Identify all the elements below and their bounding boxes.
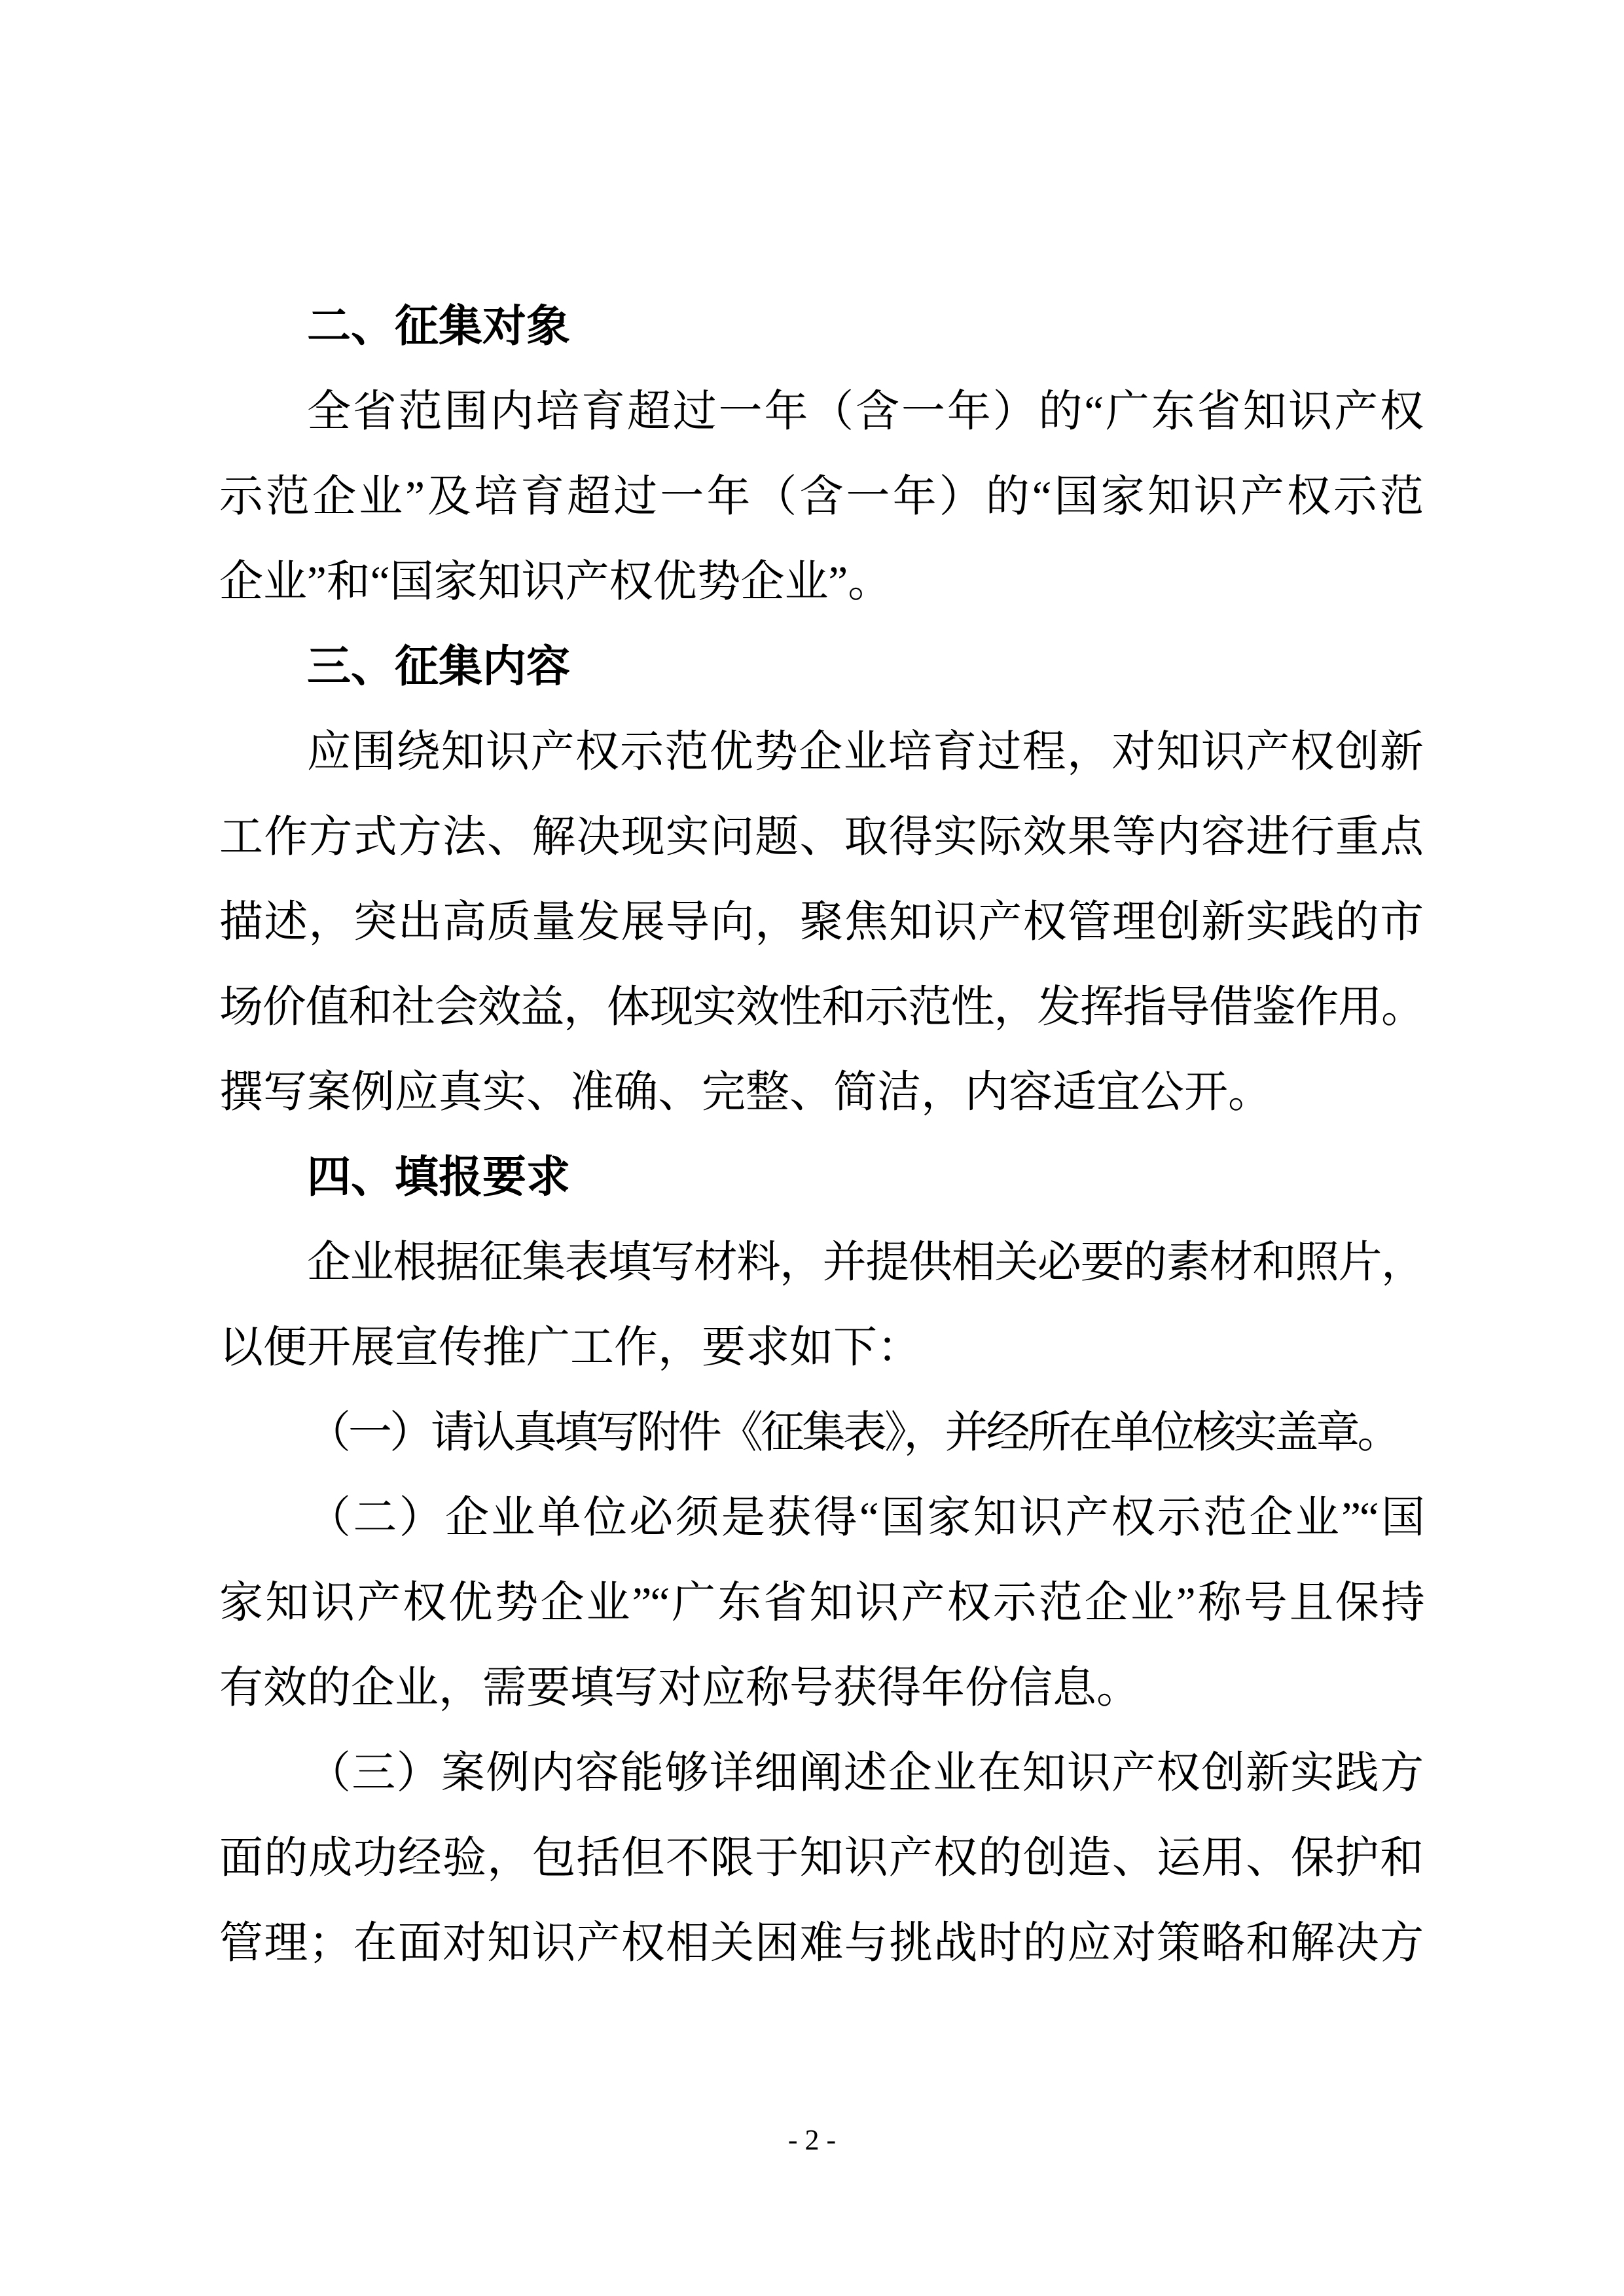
list-item-line: （二）企业单位必须是获得“国家知识产权示范企业”“国: [219, 1475, 1424, 1560]
section-heading-3: 三、征集内容: [219, 624, 1424, 709]
paragraph-line: 以便开展宣传推广工作，要求如下：: [219, 1305, 1424, 1390]
list-item-line: （一）请认真填写附件《征集表》，并经所在单位核实盖章。: [219, 1390, 1424, 1475]
paragraph-line: 示范企业”及培育超过一年（含一年）的“国家知识产权示范: [219, 454, 1424, 539]
paragraph-line: 企业根据征集表填写材料，并提供相关必要的素材和照片，: [219, 1220, 1424, 1305]
paragraph-line: 场价值和社会效益，体现实效性和示范性，发挥指导借鉴作用。: [219, 965, 1424, 1050]
section-heading-4: 四、填报要求: [219, 1135, 1424, 1220]
paragraph-line: 应围绕知识产权示范优势企业培育过程，对知识产权创新: [219, 709, 1424, 795]
paragraph-line: 撰写案例应真实、准确、完整、简洁，内容适宜公开。: [219, 1050, 1424, 1135]
paragraph-line: 工作方式方法、解决现实问题、取得实际效果等内容进行重点: [219, 795, 1424, 880]
paragraph-line: 企业”和“国家知识产权优势企业”。: [219, 539, 1424, 624]
list-item-line: 家知识产权优势企业”“广东省知识产权示范企业”称号且保持: [219, 1560, 1424, 1645]
page-number: - 2 -: [0, 2121, 1624, 2160]
document-body: 二、征集对象 全省范围内培育超过一年（含一年）的“广东省知识产权 示范企业”及培…: [219, 284, 1424, 1986]
document-page: 二、征集对象 全省范围内培育超过一年（含一年）的“广东省知识产权 示范企业”及培…: [0, 0, 1624, 2296]
list-item-line: （三）案例内容能够详细阐述企业在知识产权创新实践方: [219, 1731, 1424, 1816]
list-item-line: 有效的企业，需要填写对应称号获得年份信息。: [219, 1645, 1424, 1731]
list-item-line: 管理；在面对知识产权相关困难与挑战时的应对策略和解决方: [219, 1901, 1424, 1986]
section-heading-2: 二、征集对象: [219, 284, 1424, 369]
paragraph-line: 描述，突出高质量发展导向，聚焦知识产权管理创新实践的市: [219, 880, 1424, 965]
paragraph-line: 全省范围内培育超过一年（含一年）的“广东省知识产权: [219, 369, 1424, 454]
list-item-line: 面的成功经验，包括但不限于知识产权的创造、运用、保护和: [219, 1816, 1424, 1901]
